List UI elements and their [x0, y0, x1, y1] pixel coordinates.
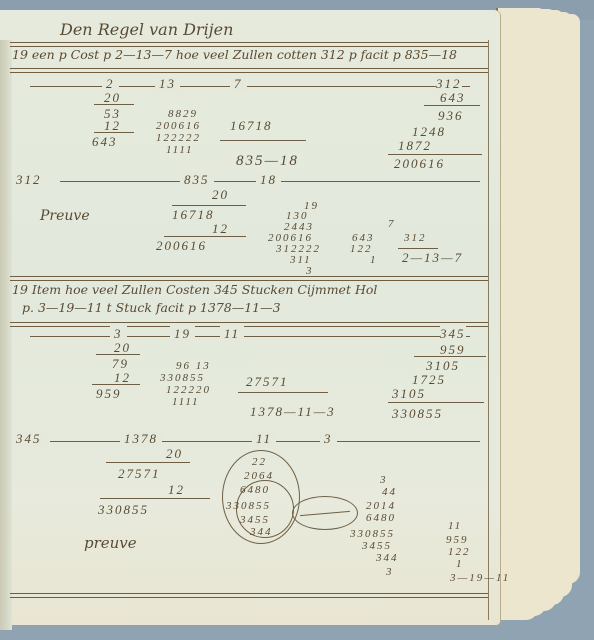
p1-div-quotient: 16718	[230, 118, 273, 134]
calc-rule	[100, 498, 210, 499]
calc-rule	[106, 462, 190, 463]
p1-proof-quotient-2: 2—13—7	[402, 250, 463, 266]
p2-proof-calc-2: 12	[168, 482, 185, 498]
p1-header-shillings: 13	[155, 76, 180, 92]
oval-calc-4: 3455	[240, 514, 270, 526]
p2-div-quotient: 27571	[246, 374, 289, 390]
p2-proof-quotient-1: 959	[446, 534, 469, 546]
binding-edge	[0, 40, 12, 630]
p2-proof-345: 345	[16, 431, 48, 447]
p2-proof-quotient-2: 122	[448, 546, 471, 558]
p2-proof-calc-1: 27571	[118, 466, 161, 482]
p1-proof-quotient-0: 7	[388, 218, 396, 230]
header-rule	[30, 336, 470, 337]
p2-proof-div-3: 6480	[366, 512, 396, 524]
calc-rule	[94, 132, 134, 133]
calc-rule	[96, 354, 140, 355]
p1-div-bottom: 1111	[166, 144, 194, 156]
p1-proof-divisor-2: 1	[370, 254, 378, 266]
statement-underline	[10, 68, 488, 73]
manuscript-page: Den Regel van Drijen 19 een p Cost p 2—1…	[0, 10, 500, 625]
calc-rule	[398, 248, 438, 249]
p1-right-2: 936	[438, 108, 464, 124]
oval-calc-0: 22	[252, 456, 267, 468]
p1-div-dividend: 200616	[156, 120, 201, 132]
p2-proof-div-7: 3	[386, 566, 394, 578]
p1-right-4: 1872	[398, 138, 432, 154]
p2-right-4: 3105	[392, 386, 426, 402]
p2-proof-quotient-4: 3—19—11	[450, 572, 510, 584]
p1-proof-835: 835	[180, 172, 214, 188]
problem-2-statement-line-2: p. 3—19—11 t Stuck facit p 1378—11—3	[22, 300, 281, 315]
bottom-rule	[10, 593, 488, 598]
calc-rule	[94, 104, 134, 105]
p2-proof-3: 3	[320, 431, 337, 447]
p1-proof-label: Preuve	[40, 208, 90, 224]
p1-div-top: 8829	[168, 108, 198, 120]
header-rule	[30, 86, 470, 87]
page-title: Den Regel van Drijen	[60, 20, 233, 39]
p2-left-3: 959	[96, 386, 122, 402]
p2-proof-div-6: 344	[376, 552, 399, 564]
p1-div-sub: 122222	[156, 132, 201, 144]
calc-rule	[92, 384, 140, 385]
calc-rule	[238, 392, 328, 393]
p2-div-top: 96 13	[176, 360, 211, 372]
p2-proof-calc-3: 330855	[98, 502, 149, 518]
p2-proof-div-5: 3455	[362, 540, 392, 552]
p2-div-dividend: 330855	[160, 372, 205, 384]
p1-right-5: 200616	[394, 156, 445, 172]
p2-right-0: 345	[440, 326, 466, 342]
p2-proof-div-4: 330855	[350, 528, 395, 540]
calc-rule	[388, 154, 482, 155]
p2-proof-div-0: 3	[380, 474, 388, 486]
p1-left-3: 643	[92, 134, 118, 150]
problem-2-statement-line-1: 19 Item hoe veel Zullen Costen 345 Stuck…	[12, 282, 377, 297]
p2-proof-quotient-0: 11	[448, 520, 462, 532]
oval-calc-2: 6480	[240, 484, 270, 496]
p2-div-sub: 122220	[166, 384, 211, 396]
p1-div-result: 835—18	[236, 153, 299, 170]
calc-rule	[414, 356, 486, 357]
section-divider	[10, 276, 488, 281]
p1-proof-calc-3: 200616	[156, 238, 207, 254]
calc-rule	[424, 105, 480, 106]
p1-right-1: 643	[440, 90, 466, 106]
p1-proof-calc-1: 16718	[172, 207, 215, 223]
calc-rule	[172, 205, 246, 206]
page-leaf	[496, 8, 538, 620]
p2-right-5: 330855	[392, 406, 443, 422]
p1-header-pence: 7	[230, 76, 247, 92]
p2-div-bottom: 1111	[172, 396, 200, 408]
p2-proof-div-1: 44	[382, 486, 397, 498]
p2-proof-calc-0: 20	[166, 446, 183, 462]
p2-div-result: 1378—11—3	[250, 404, 336, 420]
p2-header-pence: 11	[220, 326, 244, 342]
oval-calc-1: 2064	[244, 470, 274, 482]
p1-proof-18: 18	[256, 172, 281, 188]
margin-line	[488, 40, 489, 620]
p2-proof-quotient-3: 1	[456, 558, 464, 570]
p1-proof-312: 312	[16, 172, 48, 188]
p2-proof-1378: 1378	[120, 431, 162, 447]
p1-proof-calc-2: 12	[212, 221, 229, 237]
calc-rule	[164, 236, 246, 237]
p2-proof-label: preuve	[84, 534, 137, 552]
p1-proof-quotient-1: 312	[404, 232, 427, 244]
oval-calc-3: 330855	[226, 500, 271, 512]
p2-proof-div-2: 2014	[366, 500, 396, 512]
calc-rule	[220, 140, 306, 141]
calc-rule	[388, 402, 484, 403]
p2-proof-11: 11	[252, 431, 276, 447]
oval-calc-5: 344	[250, 526, 273, 538]
p2-header-shillings: 19	[170, 326, 195, 342]
p1-proof-calc-0: 20	[212, 187, 229, 203]
statement-underline	[10, 322, 488, 327]
problem-1-statement: 19 een p Cost p 2—13—7 hoe veel Zullen c…	[12, 47, 457, 62]
